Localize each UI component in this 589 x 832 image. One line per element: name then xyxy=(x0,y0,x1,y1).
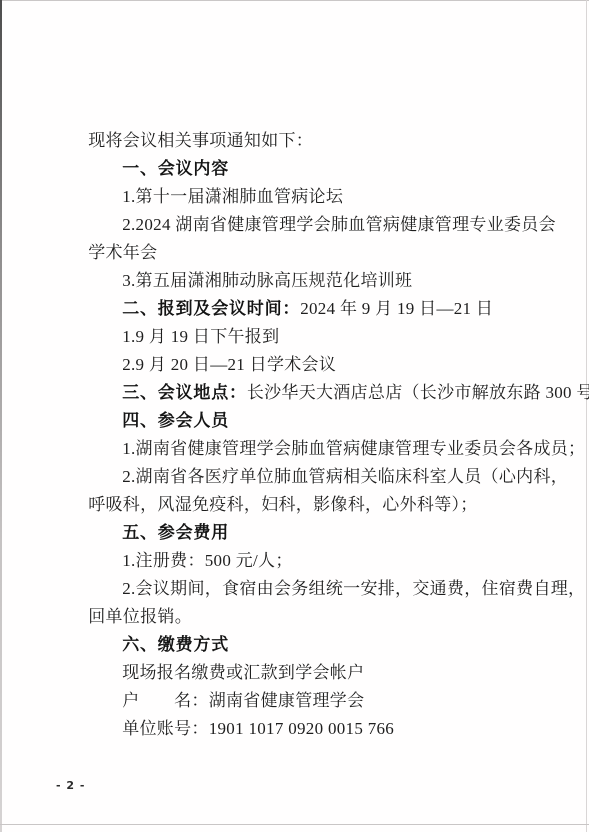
doc-line-text: 1.第十一届潇湘肺血管病论坛 xyxy=(122,187,343,206)
doc-line-text: 单位账号：1901 1017 0920 0015 766 xyxy=(122,719,394,738)
doc-line-heading: 五、参会费用 xyxy=(122,523,229,542)
scan-edge-top xyxy=(0,0,589,1)
doc-line-text: 长沙华天大酒店总店（长沙市解放东路 300 号） xyxy=(247,383,589,402)
doc-line-text: 回单位报销。 xyxy=(88,607,192,626)
doc-line-text: 2.9 月 20 日—21 日学术会议 xyxy=(122,355,336,374)
page-number: - 2 - xyxy=(56,779,85,792)
doc-line-heading: 一、会议内容 xyxy=(122,159,229,178)
scan-edge-bottom xyxy=(0,824,589,825)
doc-line-heading: 四、参会人员 xyxy=(122,411,229,430)
doc-line-text: 2.2024 湖南省健康管理学会肺血管病健康管理专业委员会 xyxy=(122,215,556,234)
doc-line-text: 1.湖南省健康管理学会肺血管病健康管理专业委员会各成员； xyxy=(122,439,585,458)
doc-line-text: 户 名：湖南省健康管理学会 xyxy=(122,691,364,710)
scan-edge-left xyxy=(0,0,2,832)
doc-line-text: 2024 年 9 月 19 日—21 日 xyxy=(300,299,493,318)
doc-line-heading: 二、报到及会议时间： xyxy=(122,299,300,318)
doc-line-text: 3.第五届潇湘肺动脉高压规范化培训班 xyxy=(122,271,412,290)
scan-edge-right xyxy=(586,0,587,832)
document-body: 现将会议相关事项通知如下： 一、会议内容 1.第十一届潇湘肺血管病论坛 2.20… xyxy=(70,99,530,715)
doc-line: 现将会议相关事项通知如下： xyxy=(70,99,530,127)
doc-line-text: 现场报名缴费或汇款到学会帐户 xyxy=(122,663,364,682)
doc-line-text: 2.会议期间，食宿由会务组统一安排，交通费，住宿费自理， xyxy=(122,579,585,598)
doc-line-text: 1.9 月 19 日下午报到 xyxy=(122,327,279,346)
doc-line-text: 学术年会 xyxy=(88,243,157,262)
doc-line-text: 现将会议相关事项通知如下： xyxy=(88,131,313,150)
scanned-notice-page: 现将会议相关事项通知如下： 一、会议内容 1.第十一届潇湘肺血管病论坛 2.20… xyxy=(0,0,589,832)
doc-line-heading: 三、会议地点： xyxy=(122,383,247,402)
doc-line-text: 1.注册费：500 元/人； xyxy=(122,551,292,570)
doc-line-text: 呼吸科，风湿免疫科，妇科，影像科，心外科等）； xyxy=(88,495,477,514)
doc-line-text: 2.湖南省各医疗单位肺血管病相关临床科室人员（心内科， xyxy=(122,467,568,486)
doc-line-heading: 六、缴费方式 xyxy=(122,635,229,654)
